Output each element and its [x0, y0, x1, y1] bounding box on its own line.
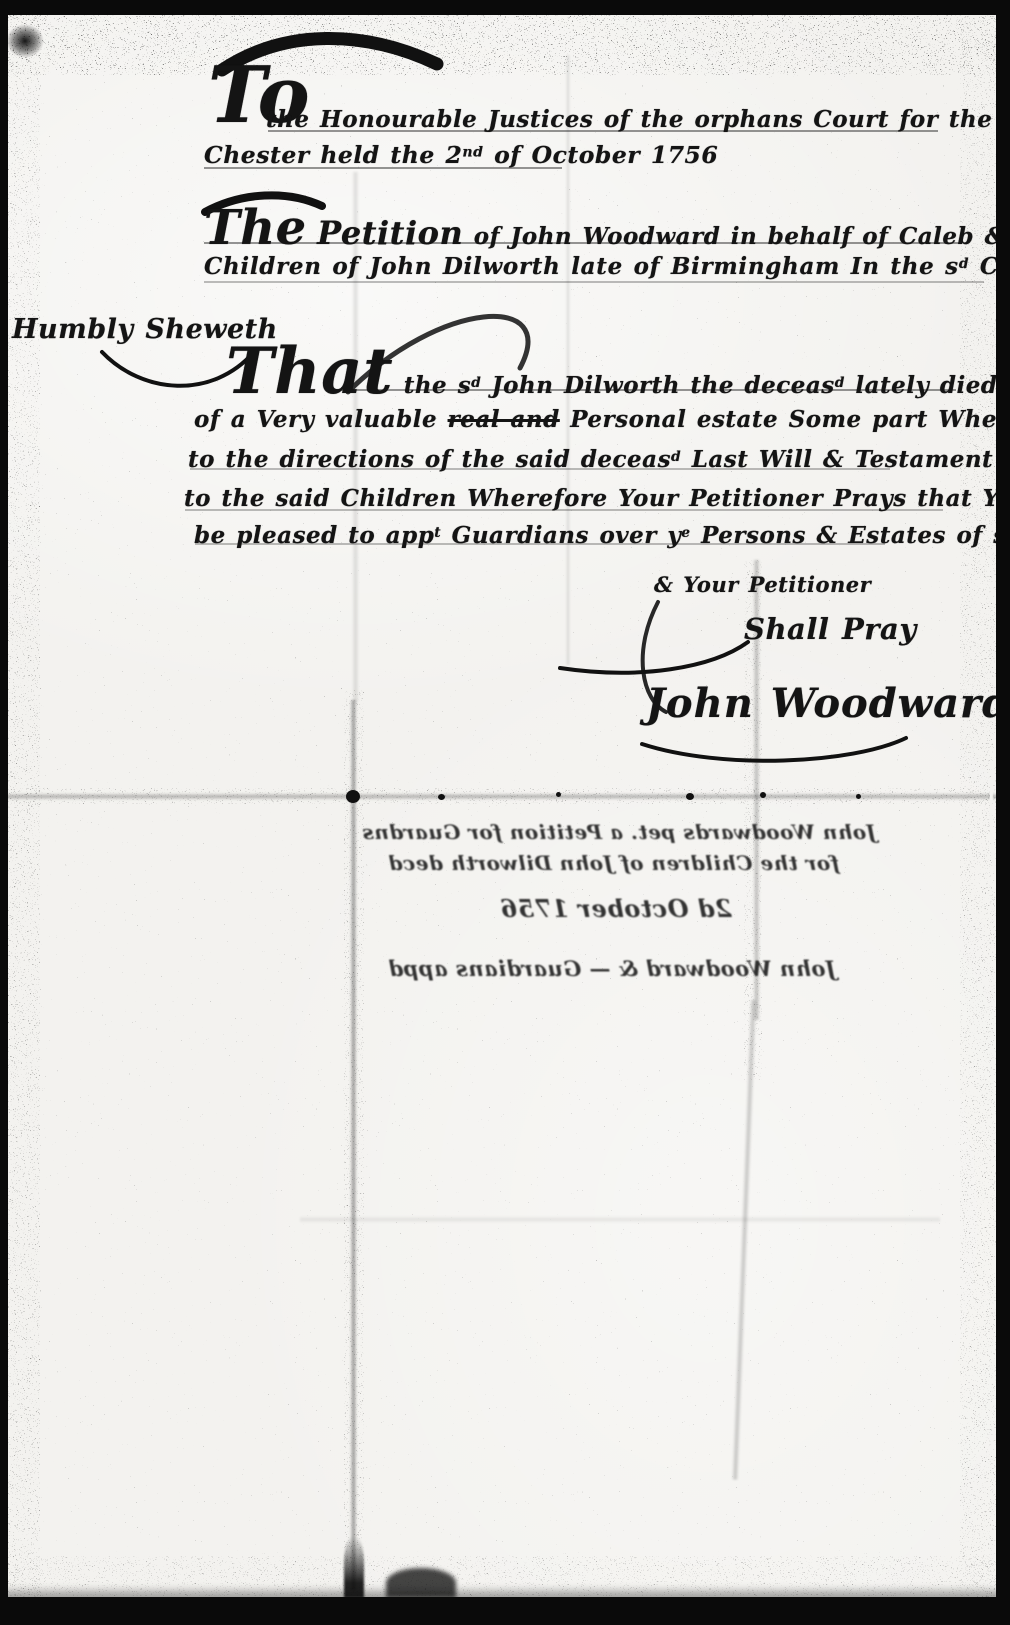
scanner-edge-right [996, 0, 1010, 1625]
salutation-line-2: Chester held the 2nd of October 1756 [204, 141, 718, 169]
scanner-edge-bottom [0, 1597, 1010, 1625]
bleedthrough-line-3: 2d October 1756 [500, 894, 732, 923]
body-line-2: of a Very valuable real and Personal est… [194, 406, 1010, 433]
text-run: lately died Seized & Possessed [845, 372, 1010, 399]
closing-line-2: Shall Pray [744, 612, 917, 646]
body-line-3: to the directions of the said deceasd La… [188, 446, 1010, 473]
text-run: Personal estate Some part Whereof accord… [560, 406, 1010, 433]
superscript-run: d [959, 256, 969, 272]
scanned-document-page: To the Honourable Justices of the orphan… [0, 0, 1010, 1625]
bleedthrough-line-1: John Woodwards pet. a Petition for Guard… [362, 820, 876, 844]
crease-ink-dot [760, 792, 766, 798]
text-run: Chester held the 2 [204, 141, 462, 169]
text-run: the s [404, 372, 471, 399]
pen-rule-line [204, 281, 984, 283]
crease-ink-dot [686, 793, 694, 800]
signature-john-woodward: John Woodward [646, 680, 1010, 727]
text-run: Guardians over y [441, 522, 681, 549]
petition-line-1: The Petition of John Woodward in behalf … [204, 200, 1010, 256]
vertical-fold-crease-left [350, 700, 357, 1590]
text-run: Children of John Dilworth late of Birmin… [204, 253, 959, 280]
superscript-run: d [835, 375, 845, 391]
horizontal-fold-crease-faint [300, 1216, 940, 1223]
text-run: John Dilworth the deceas [481, 372, 834, 399]
scanner-edge-top [0, 0, 1010, 15]
text-run: of October 1756 [483, 141, 718, 169]
ink-patch-bottom [386, 1568, 456, 1598]
crease-ink-dot [556, 792, 561, 797]
body-line-4: to the said Children Wherefore Your Peti… [184, 485, 1010, 512]
text-run: Last Will & Testament will descend [681, 446, 1010, 473]
petition-initial: The [204, 200, 307, 256]
body-line-1: That the sd John Dilworth the deceasd la… [226, 334, 1010, 409]
closing-line-1: & Your Petitioner [654, 572, 871, 597]
superscript-run: e [681, 525, 690, 541]
salutation-line-1: the Honourable Justices of the orphans C… [266, 106, 1010, 133]
scanner-edge-left [0, 0, 8, 1625]
body-initial: That [226, 334, 393, 409]
ink-blot-top-left [6, 24, 44, 58]
crease-ink-dot [346, 790, 360, 803]
text-run: to the directions of the said deceas [188, 446, 671, 473]
body-line-5: be pleased to appt Guardians over ye Per… [194, 522, 1010, 549]
text-run: be pleased to app [194, 522, 434, 549]
petition-word: Petition [317, 214, 463, 252]
bleedthrough-line-4: John Woodward & — Guardians appd [388, 956, 836, 981]
text-run: to the said Children Wherefore Your Peti… [184, 485, 1010, 512]
ink-splash-bottom [344, 1536, 364, 1598]
superscript-run: nd [462, 145, 483, 161]
text-run: of a Very valuable [194, 406, 448, 433]
crease-ink-dot [856, 794, 861, 799]
crease-ink-dot [438, 794, 445, 800]
bleedthrough-line-2: for the Children of John Dilworth decd [388, 851, 839, 875]
text-run: Persons & Estates of s [691, 522, 1007, 549]
struck-text-run: real and [448, 406, 560, 433]
text-run: of John Woodward in behalf of Caleb & Jo… [474, 223, 1010, 250]
petition-line-2: Children of John Dilworth late of Birmin… [204, 253, 1010, 280]
superscript-run: d [471, 375, 481, 391]
superscript-run: d [671, 449, 681, 465]
